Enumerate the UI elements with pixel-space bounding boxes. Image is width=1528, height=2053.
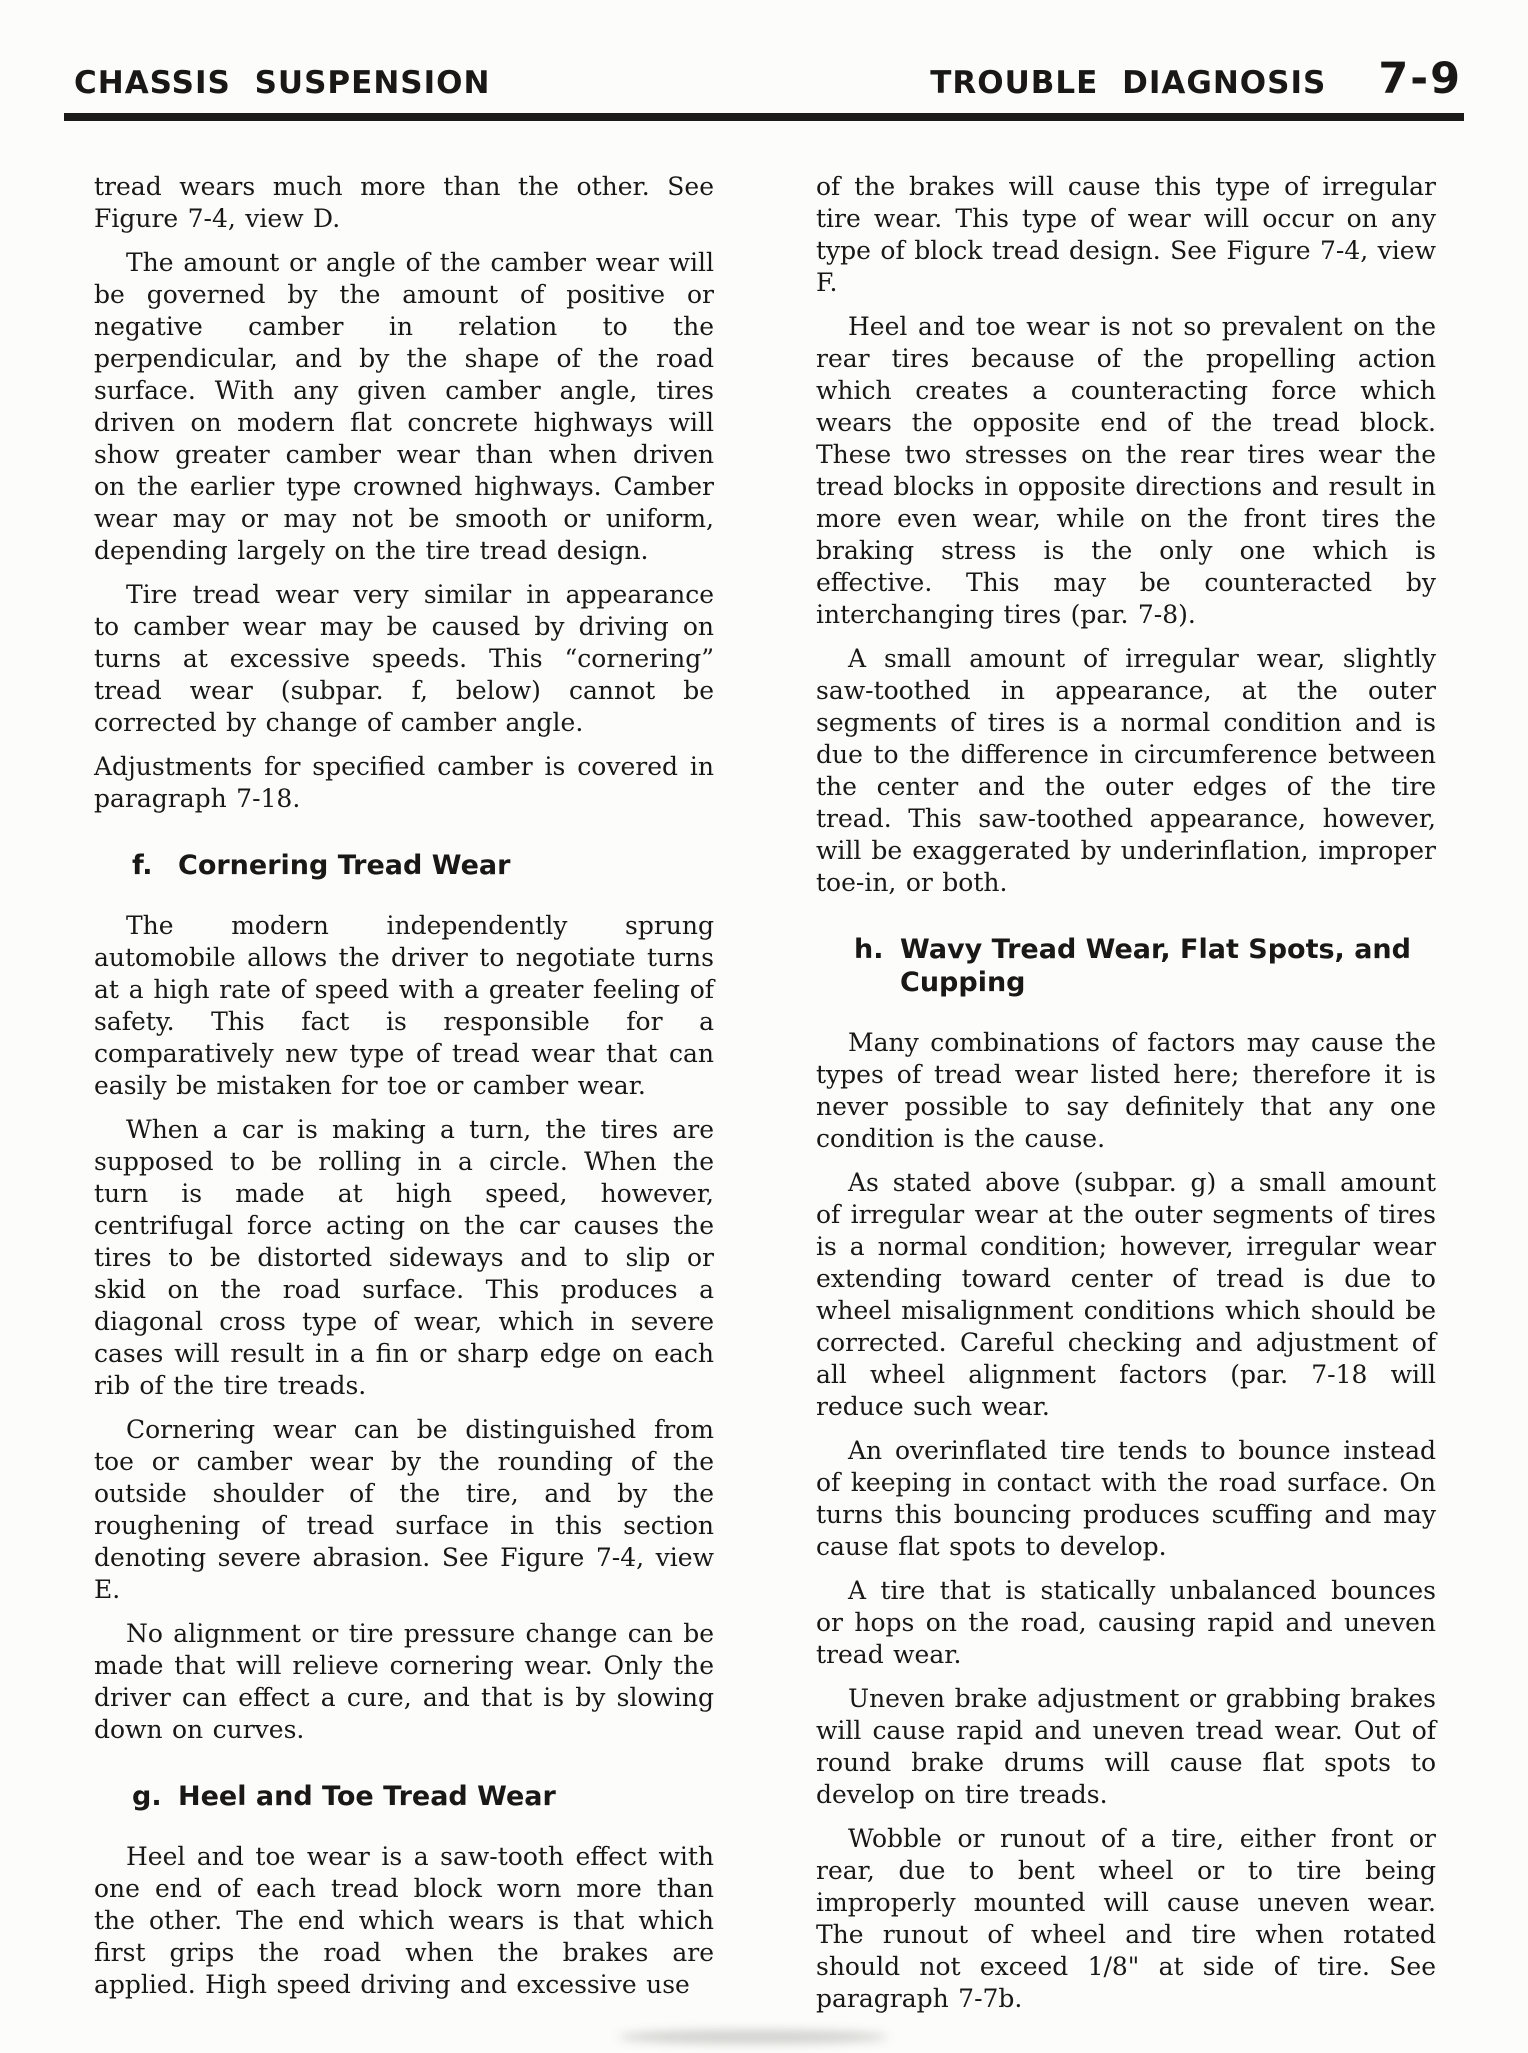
section-title: TROUBLE DIAGNOSIS (930, 65, 1326, 101)
left-column: tread wears much more than the other. Se… (94, 171, 714, 2027)
manual-page: CHASSIS SUSPENSION TROUBLE DIAGNOSIS 7-9… (0, 0, 1528, 2053)
paragraph: Heel and toe wear is a saw-tooth effect … (94, 1841, 714, 2001)
paragraph: The amount or angle of the camber wear w… (94, 247, 714, 567)
subheading-letter: f. (132, 849, 178, 882)
subheading-title: Heel and Toe Tread Wear (178, 1780, 714, 1813)
paragraph: Adjustments for specified camber is cove… (94, 751, 714, 815)
paragraph: A tire that is statically unbalanced bou… (816, 1575, 1436, 1671)
subheading-h: h. Wavy Tread Wear, Flat Spots, and Cupp… (854, 933, 1436, 999)
text-columns: tread wears much more than the other. Se… (0, 121, 1528, 2027)
scan-smudge (618, 2030, 888, 2044)
subheading-letter: h. (854, 933, 900, 999)
paragraph: The modern independently sprung automobi… (94, 910, 714, 1102)
paragraph: of the brakes will cause this type of ir… (816, 171, 1436, 299)
header-rule (64, 113, 1464, 121)
paragraph: Tire tread wear very similar in appearan… (94, 579, 714, 739)
paragraph: Cornering wear can be distinguished from… (94, 1414, 714, 1606)
paragraph: Heel and toe wear is not so prevalent on… (816, 311, 1436, 631)
paragraph: Many combinations of factors may cause t… (816, 1027, 1436, 1155)
subheading-letter: g. (132, 1780, 178, 1813)
paragraph: When a car is making a turn, the tires a… (94, 1114, 714, 1402)
paragraph: Uneven brake adjustment or grabbing brak… (816, 1683, 1436, 1811)
subheading-title: Cornering Tread Wear (178, 849, 714, 882)
subheading-f: f. Cornering Tread Wear (132, 849, 714, 882)
paragraph: A small amount of irregular wear, slight… (816, 643, 1436, 899)
paragraph: Wobble or runout of a tire, either front… (816, 1823, 1436, 2015)
paragraph: An overinflated tire tends to bounce ins… (816, 1435, 1436, 1563)
paragraph: tread wears much more than the other. Se… (94, 171, 714, 235)
right-column: of the brakes will cause this type of ir… (816, 171, 1436, 2027)
section-header: TROUBLE DIAGNOSIS 7-9 (930, 54, 1462, 104)
subheading-title: Wavy Tread Wear, Flat Spots, and Cupping (900, 933, 1436, 999)
chapter-title: CHASSIS SUSPENSION (74, 65, 490, 101)
page-number: 7-9 (1378, 54, 1462, 104)
paragraph: As stated above (subpar. g) a small amou… (816, 1167, 1436, 1423)
paragraph: No alignment or tire pressure change can… (94, 1618, 714, 1746)
page-header: CHASSIS SUSPENSION TROUBLE DIAGNOSIS 7-9 (0, 0, 1528, 104)
subheading-g: g. Heel and Toe Tread Wear (132, 1780, 714, 1813)
